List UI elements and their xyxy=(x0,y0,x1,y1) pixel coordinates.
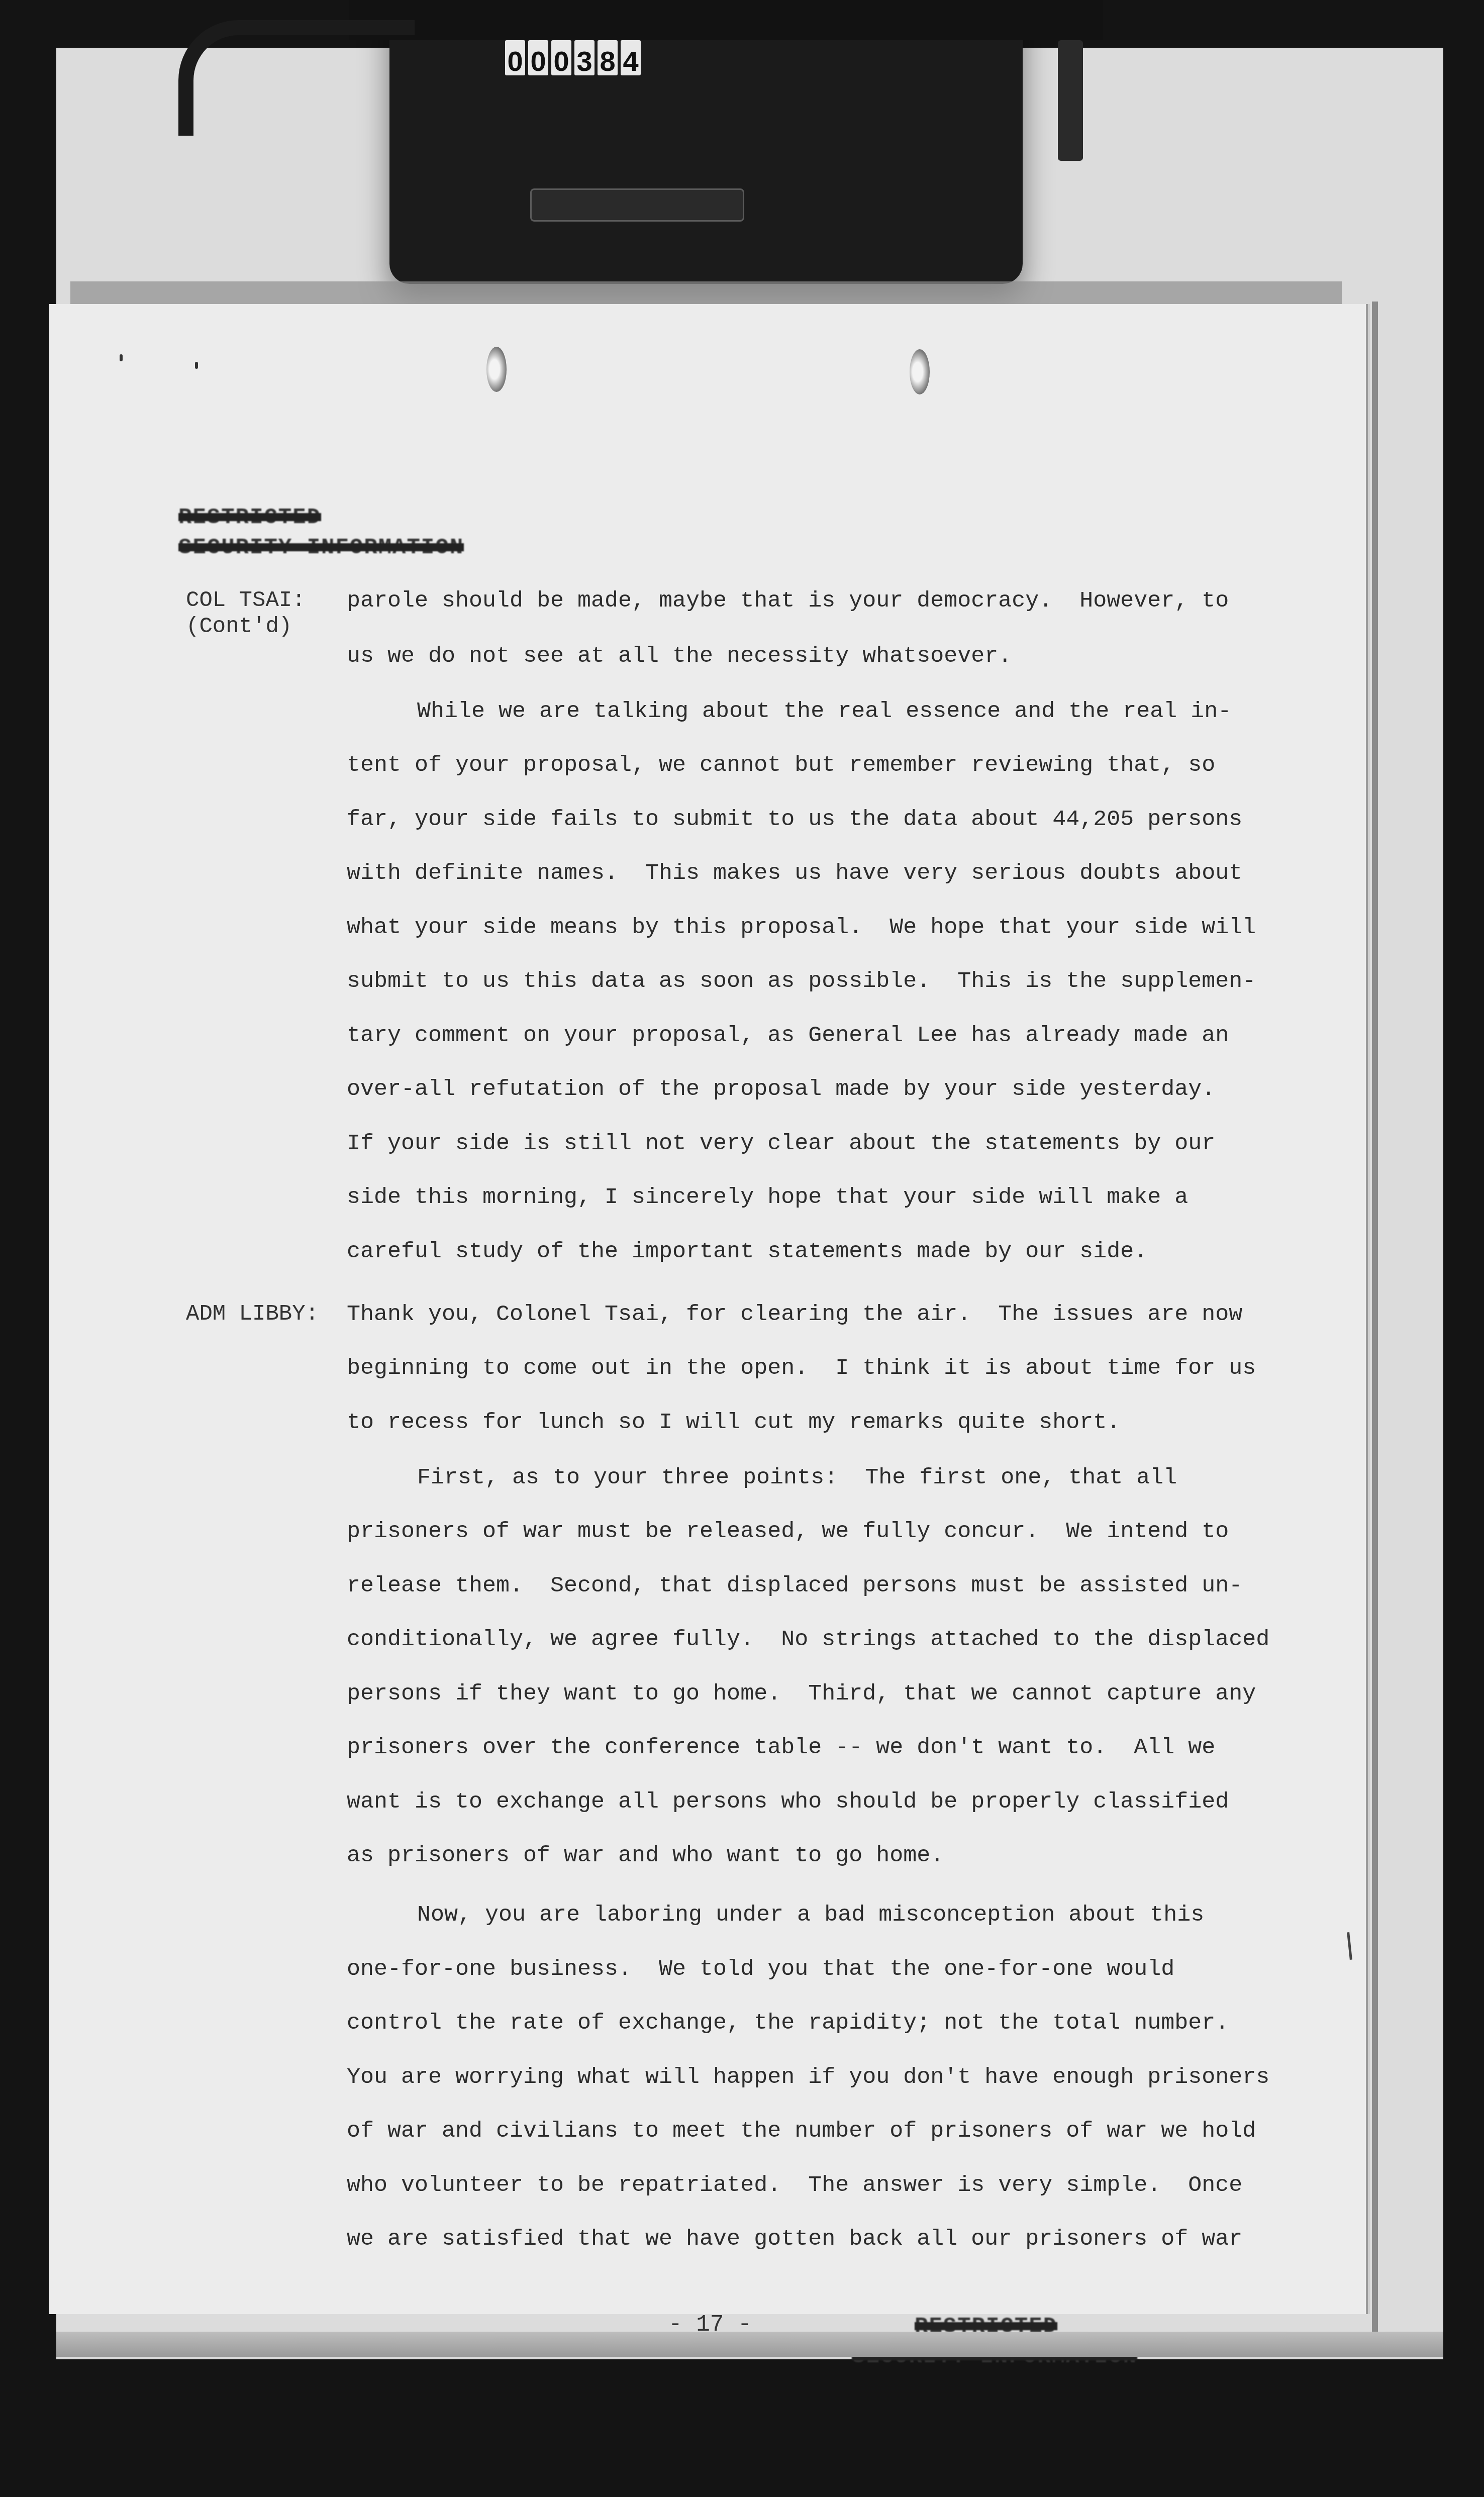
punch-hole-right xyxy=(910,349,930,394)
speck-mark xyxy=(195,362,198,369)
body-line: over-all refutation of the proposal made… xyxy=(347,1076,1215,1102)
body-line: Now, you are laboring under a bad miscon… xyxy=(417,1902,1204,1928)
counter-digit: 4 xyxy=(621,40,641,75)
body-line: persons if they want to go home. Third, … xyxy=(347,1681,1256,1707)
body-line: conditionally, we agree fully. No string… xyxy=(347,1627,1269,1652)
page-top-shadow xyxy=(70,281,1342,307)
body-line: tent of your proposal, we cannot but rem… xyxy=(347,752,1215,778)
body-line: want is to exchange all persons who shou… xyxy=(347,1789,1229,1815)
body-line: parole should be made, maybe that is you… xyxy=(347,588,1229,614)
header-marking-restricted: RESTRICTED xyxy=(178,505,321,530)
counter-cable xyxy=(178,20,415,136)
body-line: prisoners of war must be released, we fu… xyxy=(347,1519,1229,1544)
counter-digit: 0 xyxy=(551,40,571,75)
body-line: careful study of the important statement… xyxy=(347,1239,1147,1264)
body-line: If your side is still not very clear abo… xyxy=(347,1131,1215,1156)
body-line: far, your side fails to submit to us the… xyxy=(347,807,1242,832)
body-line: You are worrying what will happen if you… xyxy=(347,2064,1269,2090)
counter-digit: 3 xyxy=(574,40,595,75)
frame-counter-device: 0 0 0 3 8 4 xyxy=(389,0,1023,284)
speaker-continued-note: (Cont'd) xyxy=(186,614,292,640)
body-line: tary comment on your proposal, as Genera… xyxy=(347,1023,1229,1048)
frame-counter-digits: 0 0 0 3 8 4 xyxy=(505,40,641,75)
body-line: who volunteer to be repatriated. The ans… xyxy=(347,2172,1242,2198)
counter-digit: 8 xyxy=(598,40,618,75)
body-line: prisoners over the conference table -- w… xyxy=(347,1735,1215,1760)
speaker-label-col-tsai: COL TSAI: xyxy=(186,588,306,614)
page-right-edge xyxy=(1372,302,1378,2337)
body-line: side this morning, I sincerely hope that… xyxy=(347,1184,1188,1210)
body-line: we are satisfied that we have gotten bac… xyxy=(347,2226,1242,2252)
speaker-label-adm-libby: ADM LIBBY: xyxy=(186,1302,319,1327)
body-line: to recess for lunch so I will cut my rem… xyxy=(347,1410,1120,1435)
body-line: with definite names. This makes us have … xyxy=(347,860,1242,886)
body-line: submit to us this data as soon as possib… xyxy=(347,968,1256,994)
speck-mark xyxy=(120,354,123,361)
counter-digit: 0 xyxy=(505,40,525,75)
body-line: control the rate of exchange, the rapidi… xyxy=(347,2010,1229,2036)
body-line: First, as to your three points: The firs… xyxy=(417,1465,1177,1490)
page-bottom-edge xyxy=(56,2332,1443,2357)
body-line: one-for-one business. We told you that t… xyxy=(347,1956,1174,1982)
body-line: us we do not see at all the necessity wh… xyxy=(347,643,1012,669)
counter-housing-top xyxy=(349,0,1103,40)
body-line: of war and civilians to meet the number … xyxy=(347,2118,1256,2144)
punch-hole-left xyxy=(486,347,507,392)
body-line: what your side means by this proposal. W… xyxy=(347,915,1256,940)
body-line: as prisoners of war and who want to go h… xyxy=(347,1843,944,1868)
header-marking-security-information: SECURITY INFORMATION xyxy=(178,535,464,560)
body-line: beginning to come out in the open. I thi… xyxy=(347,1355,1256,1381)
counter-knob xyxy=(1058,40,1083,161)
counter-digit: 0 xyxy=(528,40,548,75)
body-line: Thank you, Colonel Tsai, for clearing th… xyxy=(347,1302,1242,1327)
counter-nameplate xyxy=(530,188,744,222)
body-line: While we are talking about the real esse… xyxy=(417,698,1231,724)
body-line: release them. Second, that displaced per… xyxy=(347,1573,1242,1599)
